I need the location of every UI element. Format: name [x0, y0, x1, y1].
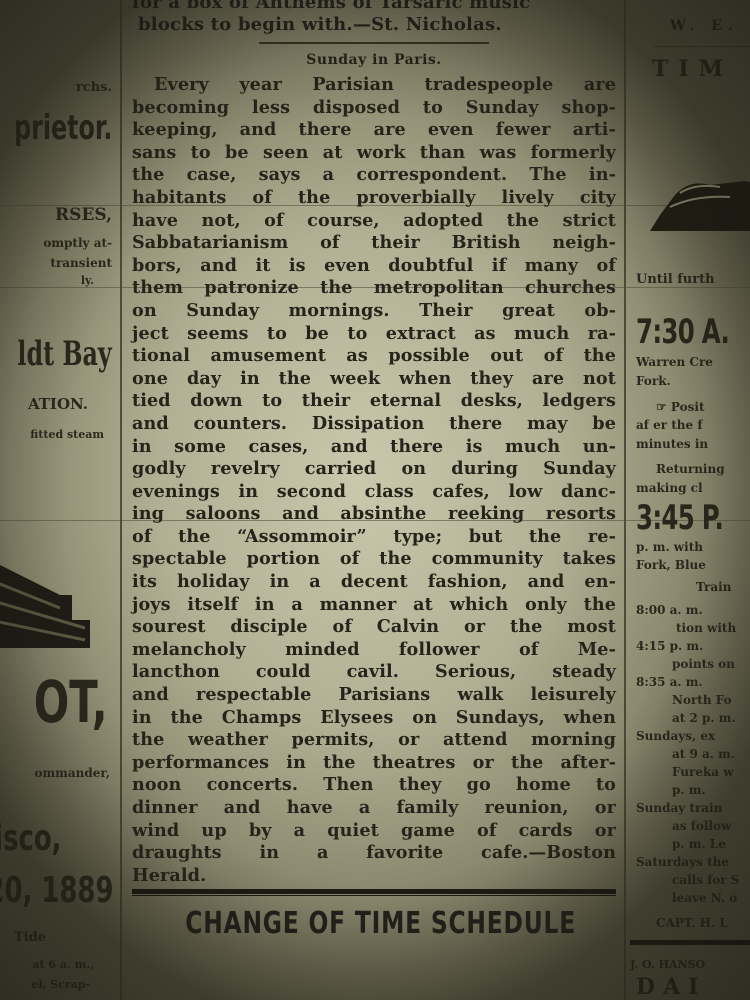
- right-fragment: p. m. Le: [672, 837, 726, 851]
- article-line: melancholy minded follower of Me-: [132, 639, 616, 662]
- right-fragment: leave N. o: [672, 891, 737, 905]
- left-fragment: rchs.: [76, 80, 112, 95]
- right-fragment: CAPT. H. L: [656, 916, 728, 930]
- article-line: in some cases, and there is much un-: [132, 436, 616, 459]
- right-fragment: at 9 a. m.: [672, 747, 735, 761]
- article-line: its holiday in a decent fashion, and en-: [132, 571, 616, 594]
- left-fragment: ommander,: [34, 766, 110, 780]
- article-headline: Sunday in Paris.: [132, 52, 616, 68]
- article-line: one day in the week when they are not: [132, 368, 616, 391]
- left-fragment: fitted steam: [30, 428, 104, 441]
- right-divider: [630, 940, 750, 945]
- left-fragment: 20, 1889: [0, 870, 114, 911]
- train-engraving-icon: [650, 175, 750, 235]
- article-line: and counters. Dissipation there may be: [132, 413, 616, 436]
- article-line: keeping, and there are even fewer arti-: [132, 119, 616, 142]
- column-rule-left: [120, 0, 122, 1000]
- center-column: for a box of Anthems of Tarsaric music b…: [132, 0, 616, 941]
- article-line: have not, of course, adopted the strict: [132, 210, 616, 233]
- right-fragment: making cl: [636, 481, 703, 495]
- article-line: sans to be seen at work than was formerl…: [132, 142, 616, 165]
- section-title: CHANGE OF TIME SCHEDULE: [185, 906, 563, 941]
- right-fragment: 8:00 a. m.: [636, 603, 703, 617]
- right-fragment: Train: [696, 580, 731, 594]
- previous-article-tail: for a box of Anthems of Tarsaric music: [132, 0, 616, 14]
- article-line: wind up by a quiet game of cards or: [132, 820, 616, 843]
- right-fragment: at 2 p. m.: [672, 711, 736, 725]
- right-fragment: Fork.: [636, 374, 671, 388]
- right-fragment: af er the f: [636, 418, 703, 432]
- article-line: of the “Assommoir” type; but the re-: [132, 526, 616, 549]
- article-line: ing saloons and absinthe reeking resorts: [132, 503, 616, 526]
- article-line: the case, says a correspondent. The in-: [132, 164, 616, 187]
- article-line: noon concerts. Then they go home to: [132, 774, 616, 797]
- right-fragment: DAI: [636, 974, 706, 1000]
- article-separator: [259, 42, 489, 44]
- right-column: W. E. TIM Until furth 7:30 A. Warren Cre…: [626, 0, 750, 1000]
- left-fragment: omptly at-: [43, 236, 112, 250]
- right-fragment: calls for S: [672, 873, 739, 887]
- left-fragment: RSES,: [55, 205, 112, 225]
- article-line: and respectable Parisians walk leisurely: [132, 684, 616, 707]
- right-fragment: 4:15 p. m.: [636, 639, 703, 653]
- right-fragment: Fureka w: [672, 765, 734, 779]
- right-fragment: Fork, Blue: [636, 558, 706, 572]
- left-fragment: ldt Bay: [18, 334, 112, 374]
- right-fragment: p. m. with: [636, 540, 703, 554]
- right-fragment: Sundays, ex: [636, 729, 715, 743]
- section-divider-thin: [132, 895, 616, 896]
- right-fragment: Warren Cre: [636, 355, 713, 369]
- right-rule: [654, 46, 750, 47]
- left-fragment: at 6 a. m.,: [32, 958, 94, 971]
- left-fragment: ATION.: [28, 395, 88, 413]
- right-fragment: 8:35 a. m.: [636, 675, 703, 689]
- right-fragment: Until furth: [636, 272, 715, 287]
- right-fragment: J. O. HANSO: [630, 958, 705, 971]
- article-line: them patronize the metropolitan churches: [132, 277, 616, 300]
- left-fragment: OT,: [34, 668, 108, 736]
- article-line: performances in the theatres or the afte…: [132, 752, 616, 775]
- previous-article-tail: blocks to begin with.—St. Nicholas.: [132, 14, 616, 36]
- article-line: tional amusement as possible out of the: [132, 345, 616, 368]
- right-fragment: Sunday train: [636, 801, 722, 815]
- section-divider-thick: [132, 889, 616, 894]
- right-fragment: North Fo: [672, 693, 732, 707]
- article-line: habitants of the proverbially lively cit…: [132, 187, 616, 210]
- article-line: joys itself in a manner at which only th…: [132, 594, 616, 617]
- article-body: Every year Parisian tradespeople are bec…: [132, 74, 616, 887]
- right-fragment: p. m.: [672, 783, 706, 797]
- article-line: spectable portion of the community takes: [132, 548, 616, 571]
- article-line: Herald.: [132, 865, 616, 888]
- article-line: godly revelry carried on during Sunday: [132, 458, 616, 481]
- right-fragment: ☞ Posit: [656, 400, 705, 414]
- ship-engraving-icon: [0, 540, 100, 650]
- article-line: tied down to their eternal desks, ledger…: [132, 390, 616, 413]
- article-line: becoming less disposed to Sunday shop-: [132, 97, 616, 120]
- article-line: Sabbatarianism of their British neigh-: [132, 232, 616, 255]
- article-line: ject seems to be to extract as much ra-: [132, 323, 616, 346]
- left-fragment: ly.: [81, 274, 94, 287]
- right-fragment: Returning: [656, 462, 725, 476]
- article-line: bors, and it is even doubtful if many of: [132, 255, 616, 278]
- left-fragment: isco,: [0, 818, 62, 859]
- article-line: in the Champs Elysees on Sundays, when: [132, 707, 616, 730]
- article-line: Every year Parisian tradespeople are: [132, 74, 616, 97]
- right-fragment: TIM: [652, 56, 733, 82]
- right-fragment: as follow: [672, 819, 731, 833]
- article-line: draughts in a favorite cafe.—Boston: [132, 842, 616, 865]
- right-fragment: points on: [672, 657, 735, 671]
- right-fragment: tion with: [676, 621, 736, 635]
- right-fragment: 3:45 P.: [636, 498, 723, 538]
- left-fragment: transient: [50, 256, 112, 270]
- left-fragment: el, Scrap-: [31, 978, 90, 991]
- right-fragment: 7:30 A.: [636, 312, 729, 352]
- right-fragment: Saturdays the: [636, 855, 729, 869]
- left-column: rchs. prietor. RSES, omptly at- transien…: [0, 0, 118, 1000]
- left-fragment: Tide: [14, 930, 46, 945]
- article-line: the weather permits, or attend morning: [132, 729, 616, 752]
- left-fragment: prietor.: [14, 108, 112, 148]
- article-line: lancthon could cavil. Serious, steady: [132, 661, 616, 684]
- right-fragment: W. E.: [670, 18, 739, 34]
- article-line: dinner and have a family reunion, or: [132, 797, 616, 820]
- right-fragment: minutes in: [636, 437, 708, 451]
- article-line: sourest disciple of Calvin or the most: [132, 616, 616, 639]
- article-line: on Sunday mornings. Their great ob-: [132, 300, 616, 323]
- article-line: evenings in second class cafes, low danc…: [132, 481, 616, 504]
